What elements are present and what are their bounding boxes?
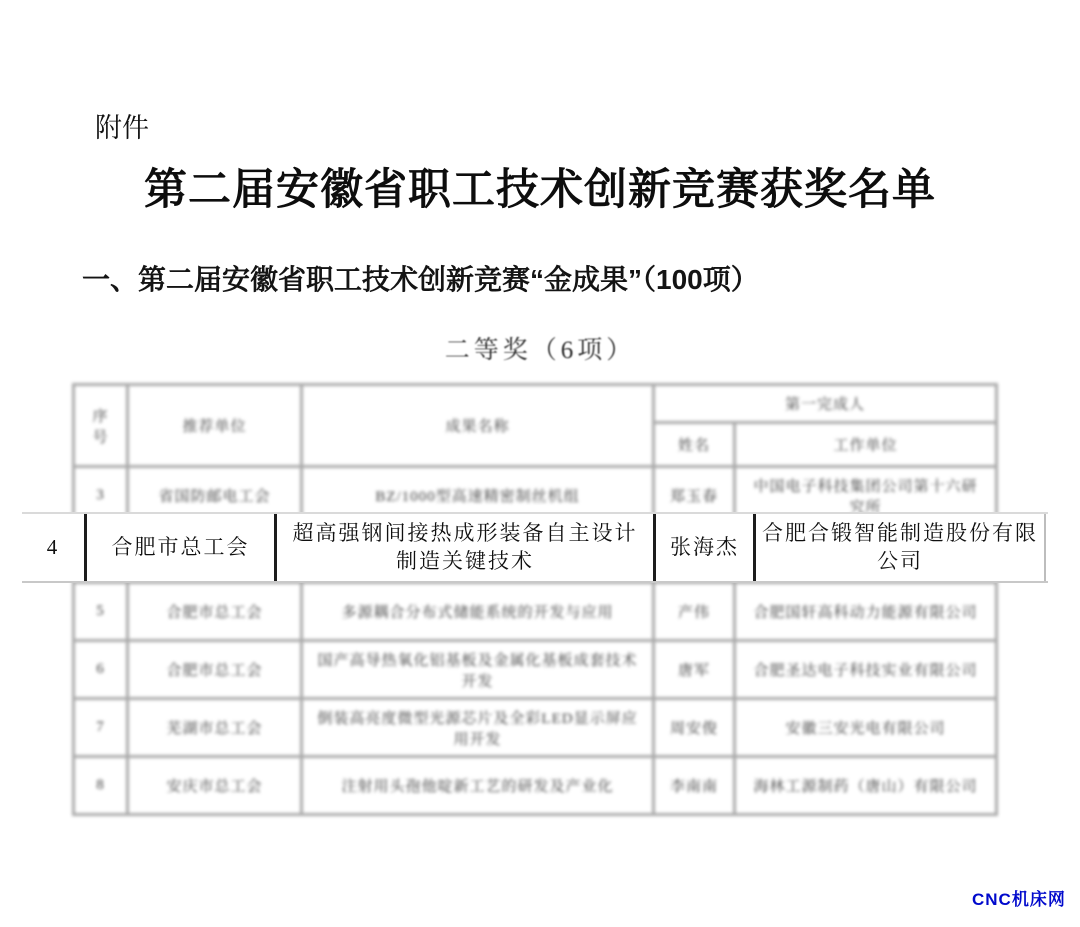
cell-company: 安徽三安光电有限公司 <box>735 699 997 757</box>
header-achievement: 成果名称 <box>302 385 654 467</box>
prize-heading: 二等奖（6项） <box>0 330 1080 366</box>
cell-serial: 7 <box>74 699 128 757</box>
highlight-serial: 4 <box>22 514 84 581</box>
table-row: 6 合肥市总工会 国产高导热氧化铝基板及金属化基板成套技术开发 唐军 合肥圣达电… <box>74 641 997 699</box>
cell-unit: 合肥市总工会 <box>128 583 302 641</box>
cell-achievement: 注射用头孢他啶新工艺的研发及产业化 <box>302 757 654 815</box>
cell-serial: 8 <box>74 757 128 815</box>
table-row: 8 安庆市总工会 注射用头孢他啶新工艺的研发及产业化 李南南 海林工源制药（唐山… <box>74 757 997 815</box>
cell-name: 产伟 <box>654 583 735 641</box>
header-work-unit: 工作单位 <box>735 423 997 467</box>
page-title: 第二届安徽省职工技术创新竞赛获奖名单 <box>0 156 1080 217</box>
header-first-completer: 第一完成人 <box>654 385 997 423</box>
watermark: CNC机床网 <box>972 885 1066 910</box>
cell-serial: 6 <box>74 641 128 699</box>
highlight-unit: 合肥市总工会 <box>84 514 274 581</box>
cell-company: 合肥圣达电子科技实业有限公司 <box>735 641 997 699</box>
cell-unit: 芜湖市总工会 <box>128 699 302 757</box>
awards-table: 序号 推荐单位 成果名称 第一完成人 姓名 工作单位 3 省国防邮电工会 BZ/… <box>72 383 998 816</box>
table-row: 5 合肥市总工会 多源耦合分布式储能系统的开发与应用 产伟 合肥国轩高科动力能源… <box>74 583 997 641</box>
document-page: 附件 第二届安徽省职工技术创新竞赛获奖名单 一、第二届安徽省职工技术创新竞赛“金… <box>0 0 1080 927</box>
cell-unit: 安庆市总工会 <box>128 757 302 815</box>
header-name: 姓名 <box>654 423 735 467</box>
cell-company: 合肥国轩高科动力能源有限公司 <box>735 583 997 641</box>
highlight-row: 4 合肥市总工会 超高强钢间接热成形装备自主设计制造关键技术 张海杰 合肥合锻智… <box>22 512 1048 583</box>
highlight-achievement: 超高强钢间接热成形装备自主设计制造关键技术 <box>274 514 653 581</box>
table-row: 7 芜湖市总工会 倒装高亮度微型光源芯片及全彩LED显示屏应用开发 周安俊 安徽… <box>74 699 997 757</box>
section-heading: 一、第二届安徽省职工技术创新竞赛“金成果”（100项） <box>82 258 759 298</box>
cell-achievement: 国产高导热氧化铝基板及金属化基板成套技术开发 <box>302 641 654 699</box>
attachment-label: 附件 <box>95 106 149 145</box>
cell-achievement: 倒装高亮度微型光源芯片及全彩LED显示屏应用开发 <box>302 699 654 757</box>
table-header-row: 序号 推荐单位 成果名称 第一完成人 <box>74 385 997 423</box>
cell-name: 周安俊 <box>654 699 735 757</box>
cell-name: 李南南 <box>654 757 735 815</box>
header-unit: 推荐单位 <box>128 385 302 467</box>
cell-serial: 5 <box>74 583 128 641</box>
cell-unit: 合肥市总工会 <box>128 641 302 699</box>
cell-company: 海林工源制药（唐山）有限公司 <box>735 757 997 815</box>
highlight-name: 张海杰 <box>653 514 753 581</box>
cell-achievement: 多源耦合分布式储能系统的开发与应用 <box>302 583 654 641</box>
cell-name: 唐军 <box>654 641 735 699</box>
header-serial: 序号 <box>74 385 128 467</box>
highlight-company: 合肥合锻智能制造股份有限公司 <box>753 514 1046 581</box>
